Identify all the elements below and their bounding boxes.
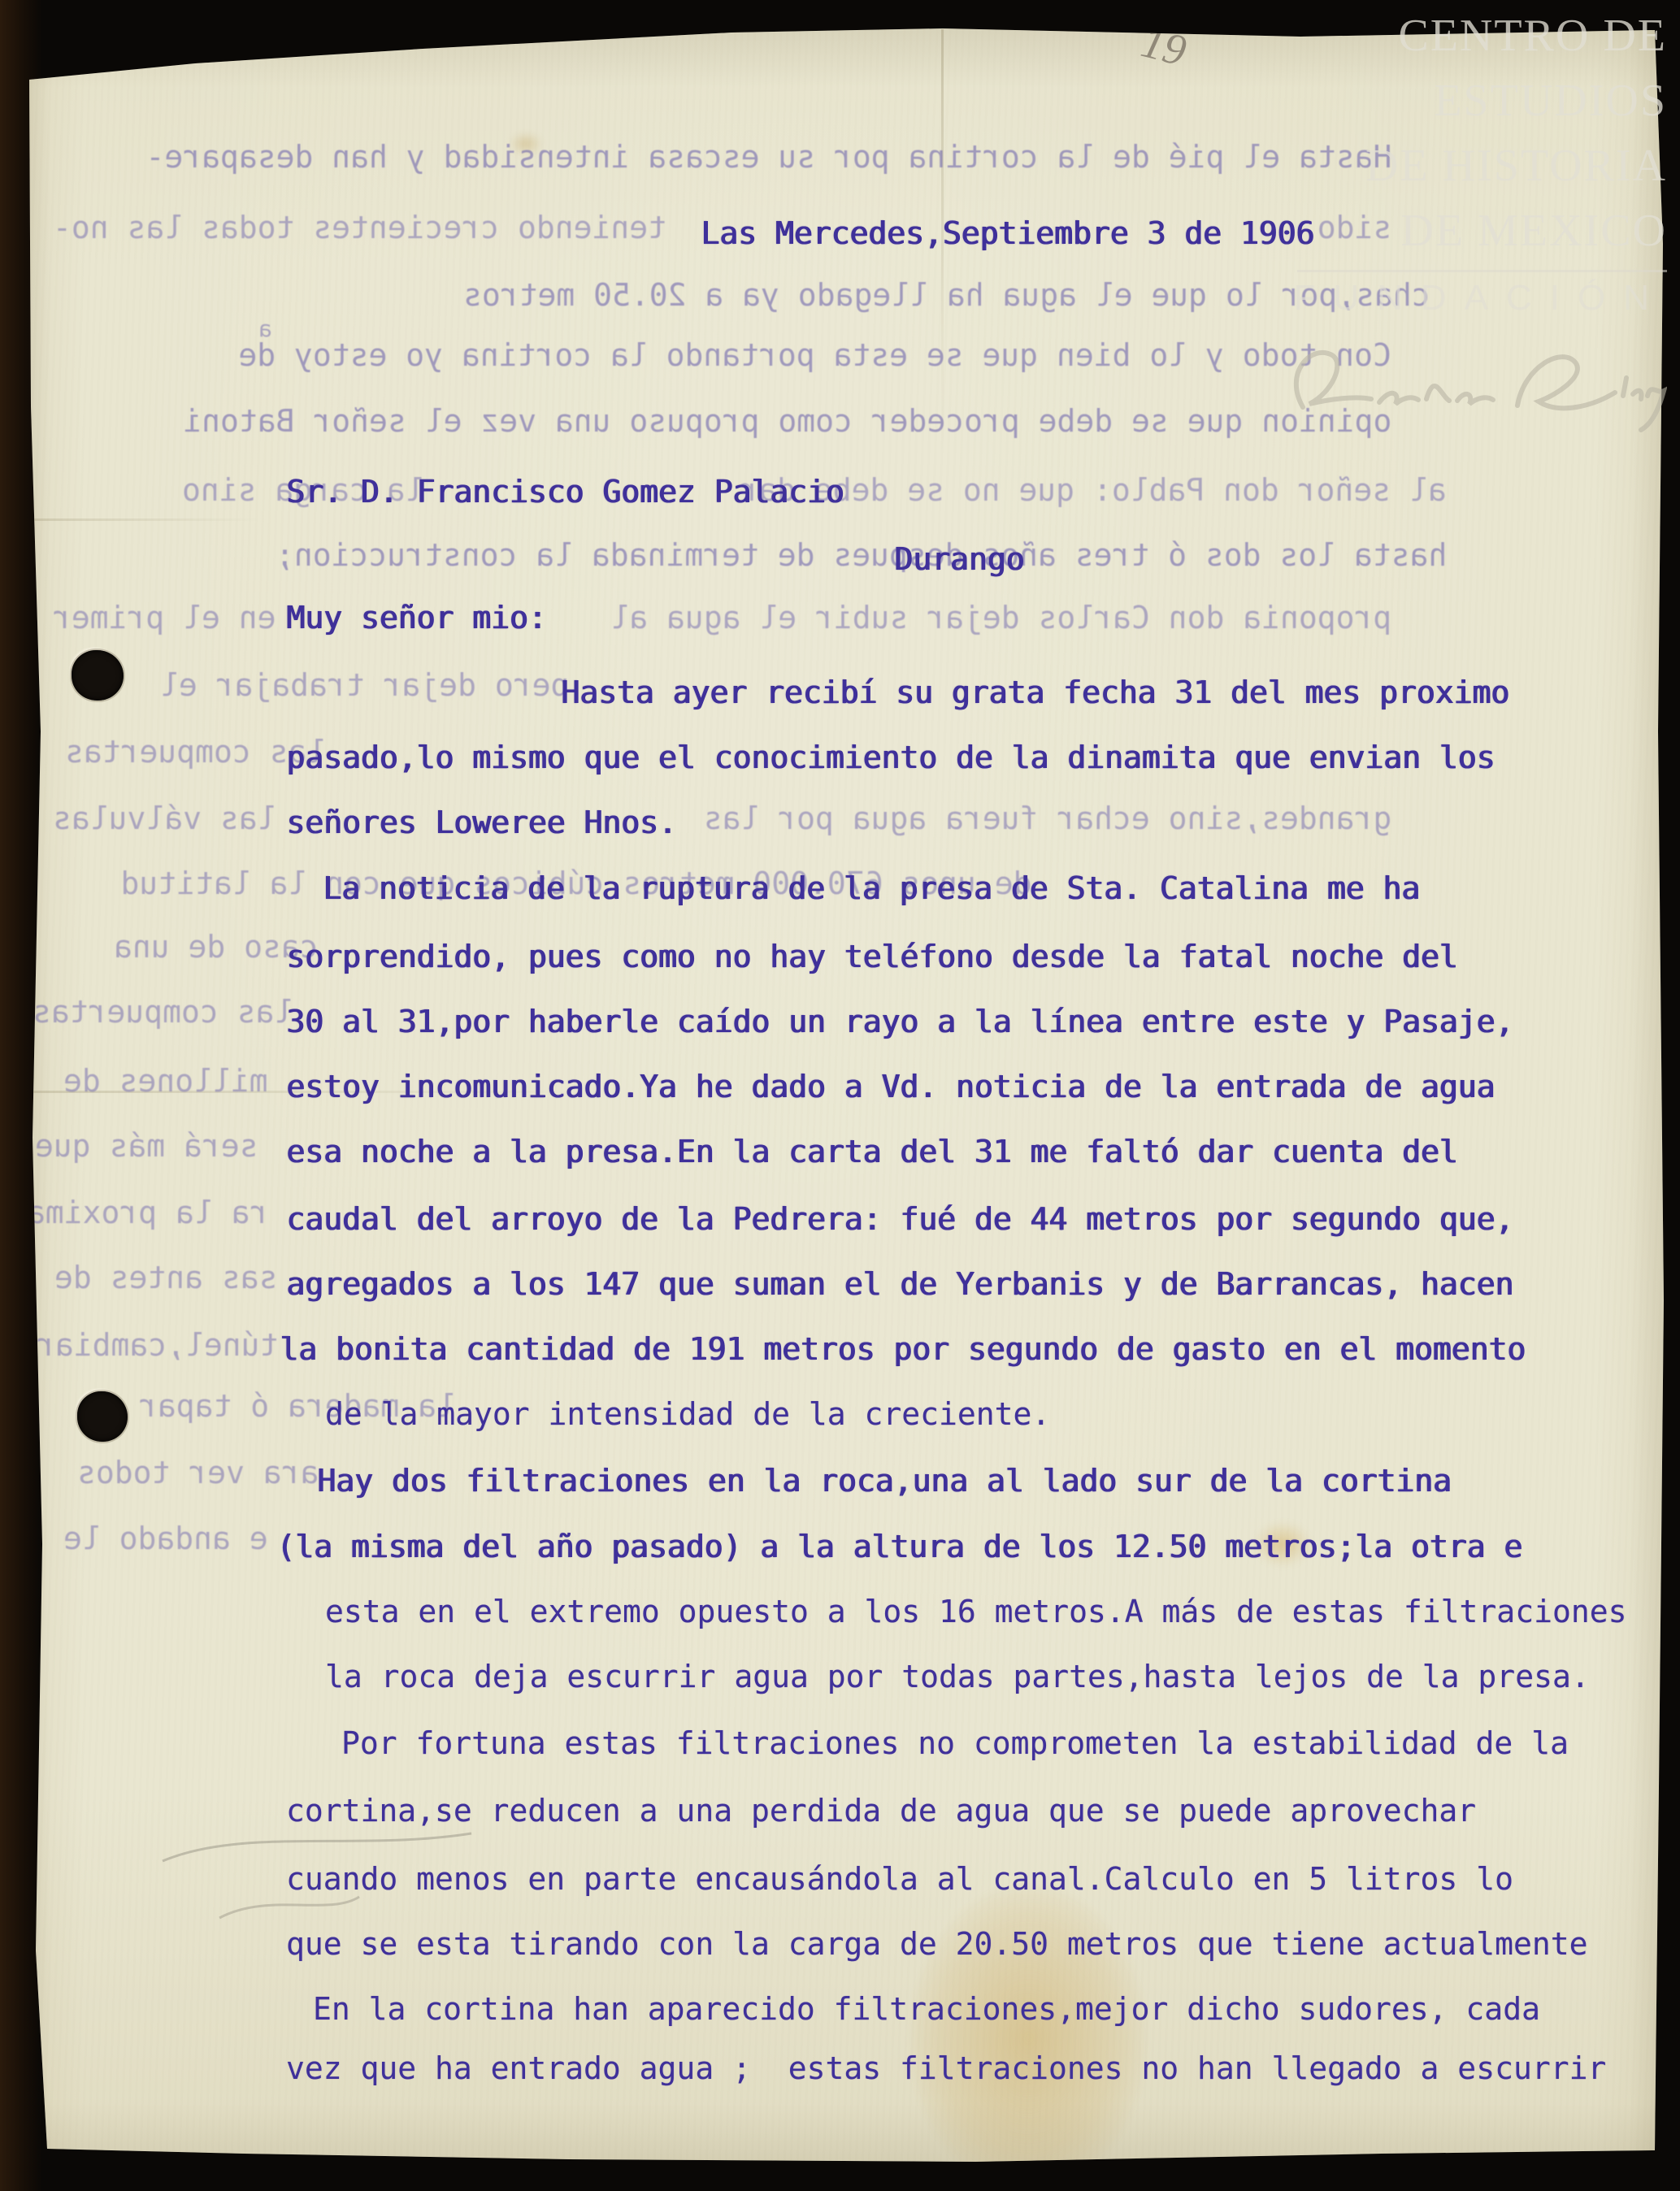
typed-line: la roca deja escurrir agua por todas par…: [325, 1660, 1590, 1693]
watermark-divider: [1297, 270, 1667, 272]
typed-line: de la mayor intensidad de la creciente.: [325, 1398, 1050, 1430]
fold-crease-horizontal-upper: [0, 518, 260, 521]
watermark-text-line: DE MEXICO: [1163, 198, 1667, 263]
punch-hole-upper: [72, 650, 124, 701]
bleedthrough-line: será más que: [35, 1130, 258, 1162]
bleedthrough-line: sas antes de: [54, 1261, 278, 1294]
bleedthrough-line: grandes,sino echar fuera agua por las la…: [53, 802, 1391, 835]
bleedthrough-line: millones de: [63, 1065, 268, 1097]
bleedthrough-line: túnel,cambiar: [37, 1329, 278, 1361]
typed-line: (la misma del año pasado) a la altura de…: [276, 1530, 1522, 1563]
typed-line: Hay dos filtraciones en la roca,una al l…: [317, 1464, 1452, 1497]
bleedthrough-line: hasta los dos ó tres años despues de ter…: [276, 539, 1447, 571]
bleedthrough-line: ra la proxima: [27, 1196, 268, 1229]
typed-line: vez que ha entrado agua ; estas filtraci…: [286, 2052, 1606, 2085]
typed-line: la bonita cantidad de 191 metros por seg…: [280, 1333, 1526, 1365]
typed-line: 30 al 31,por haberle caído un rayo a la …: [286, 1005, 1513, 1038]
typed-line: En la cortina han aparecido filtraciones…: [313, 1993, 1540, 2025]
typed-line: estoy incomunicado.Ya he dado a Vd. noti…: [286, 1070, 1495, 1103]
punch-hole-lower: [77, 1391, 128, 1442]
typed-line: La noticia de la ruptura de la presa de …: [323, 872, 1420, 905]
bleedthrough-line: e andado le: [63, 1522, 268, 1555]
recipient-name: Sr. D. Francisco Gomez Palacio: [286, 475, 844, 508]
typed-line: Hasta ayer recibí su grata fecha 31 del …: [561, 676, 1509, 709]
typed-line: esta en el extremo opuesto a los 16 metr…: [325, 1595, 1626, 1628]
document-scan: Hasta el pié de la cortina por su escasa…: [0, 0, 1680, 2191]
watermark-foundation-label: FUNDACIÓN: [1163, 277, 1667, 319]
bleedthrough-line: proponia don Carlos dejar subir el agua …: [53, 601, 1391, 634]
watermark-text-line: CENTRO DE: [1163, 3, 1667, 68]
typed-line: Por fortuna estas filtraciones no compro…: [341, 1727, 1569, 1759]
salutation: Muy señor mio:: [286, 601, 546, 634]
archive-watermark: CENTRO DE ESTUDIOS DE HISTORIA DE MEXICO…: [1163, 3, 1667, 438]
typed-line: señores Loweree Hnos.: [286, 806, 676, 839]
watermark-text-line: DE HISTORIA: [1163, 133, 1667, 198]
carlos-slim-signature-icon: [1261, 324, 1667, 434]
typed-line: esa noche a la presa.En la carta del 31 …: [286, 1135, 1457, 1168]
bleedthrough-line: ara ver todos: [77, 1456, 319, 1489]
typed-line: agregados a los 147 que suman el de Yerb…: [286, 1268, 1513, 1300]
watermark-text-line: ESTUDIOS: [1163, 68, 1667, 133]
recipient-city: Durango: [894, 543, 1024, 575]
bleedthrough-line: pero dejar trabajar el: [160, 669, 569, 701]
typed-line: sorprendido, pues como no hay teléfono d…: [286, 940, 1457, 973]
pencil-scribble: [146, 1812, 520, 1967]
bleedthrough-line: las compuertas: [33, 996, 293, 1028]
typed-line: pasado,lo mismo que el conocimiento de l…: [286, 741, 1495, 774]
typed-line: caudal del arroyo de la Pedrera: fué de …: [286, 1203, 1513, 1235]
